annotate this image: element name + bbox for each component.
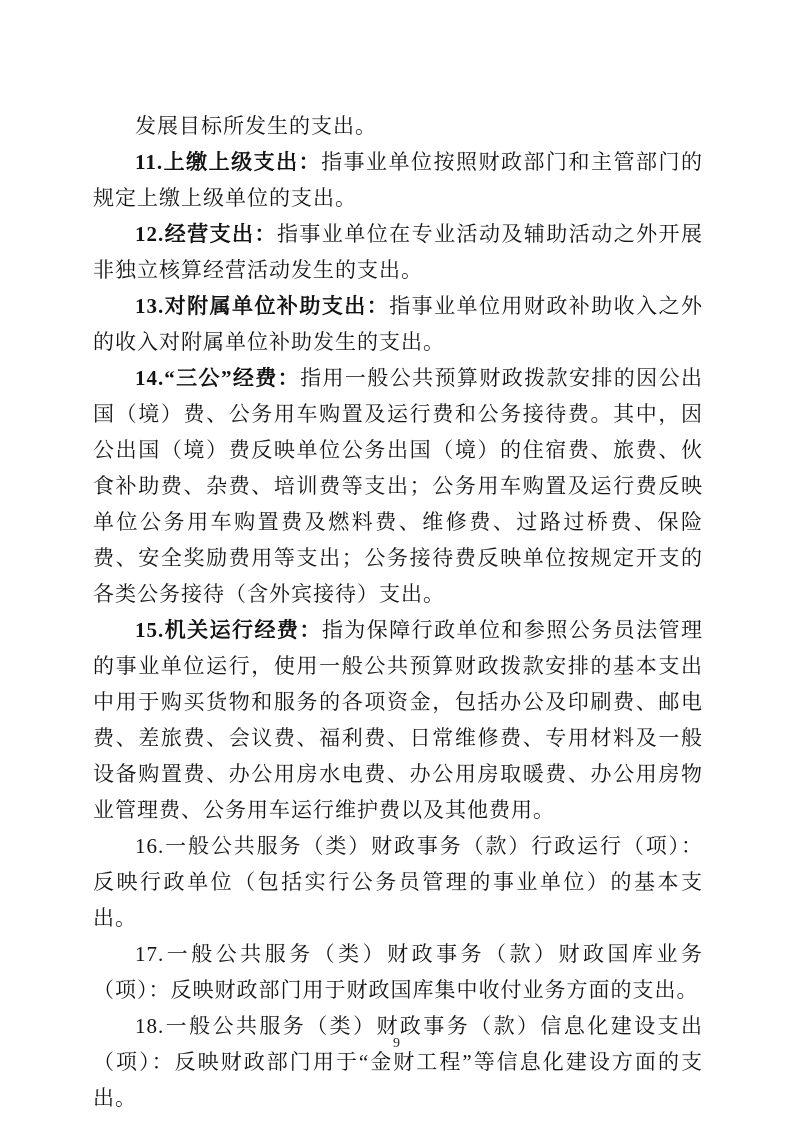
paragraph-lead: 11.上缴上级支出： [135,150,321,174]
paragraph-body: 发展目标所发生的支出。 [135,114,377,138]
paragraph-body: 指为保障行政单位和参照公务员法管理的事业单位运行，使用一般公共预算财政拨款安排的… [93,618,703,822]
paragraph-lead: 13.对附属单位补助支出： [135,294,389,318]
paragraph-lead: 15.机关运行经费： [135,618,322,642]
paragraph-body: 18.一般公共服务（类）财政事务（款）信息化建设支出（项）：反映财政部门用于“金… [93,1014,703,1110]
paragraph: 16.一般公共服务（类）财政事务（款）行政运行（项）：反映行政单位（包括实行公务… [93,828,703,936]
paragraph: 17.一般公共服务（类）财政事务（款）财政国库业务（项）：反映财政部门用于财政国… [93,936,703,1008]
paragraph: 14.“三公”经费：指用一般公共预算财政拨款安排的因公出国（境）费、公务用车购置… [93,360,703,612]
paragraph: 发展目标所发生的支出。 [93,108,703,144]
paragraph: 15.机关运行经费：指为保障行政单位和参照公务员法管理的事业单位运行，使用一般公… [93,612,703,828]
paragraph-lead: 12.经营支出： [135,222,277,246]
paragraph: 13.对附属单位补助支出：指事业单位用财政补助收入之外的收入对附属单位补助发生的… [93,288,703,360]
paragraph-lead: 14.“三公”经费： [135,366,300,390]
paragraph-body: 16.一般公共服务（类）财政事务（款）行政运行（项）：反映行政单位（包括实行公务… [93,834,703,930]
document-page: 发展目标所发生的支出。11.上缴上级支出：指事业单位按照财政部门和主管部门的规定… [0,0,793,1122]
page-number: 9 [0,1036,793,1052]
paragraph: 18.一般公共服务（类）财政事务（款）信息化建设支出（项）：反映财政部门用于“金… [93,1008,703,1116]
paragraph: 11.上缴上级支出：指事业单位按照财政部门和主管部门的规定上缴上级单位的支出。 [93,144,703,216]
document-body: 发展目标所发生的支出。11.上缴上级支出：指事业单位按照财政部门和主管部门的规定… [93,108,703,1116]
paragraph-body: 17.一般公共服务（类）财政事务（款）财政国库业务（项）：反映财政部门用于财政国… [93,942,703,1002]
paragraph-body: 指用一般公共预算财政拨款安排的因公出国（境）费、公务用车购置及运行费和公务接待费… [93,366,703,606]
paragraph: 12.经营支出：指事业单位在专业活动及辅助活动之外开展非独立核算经营活动发生的支… [93,216,703,288]
